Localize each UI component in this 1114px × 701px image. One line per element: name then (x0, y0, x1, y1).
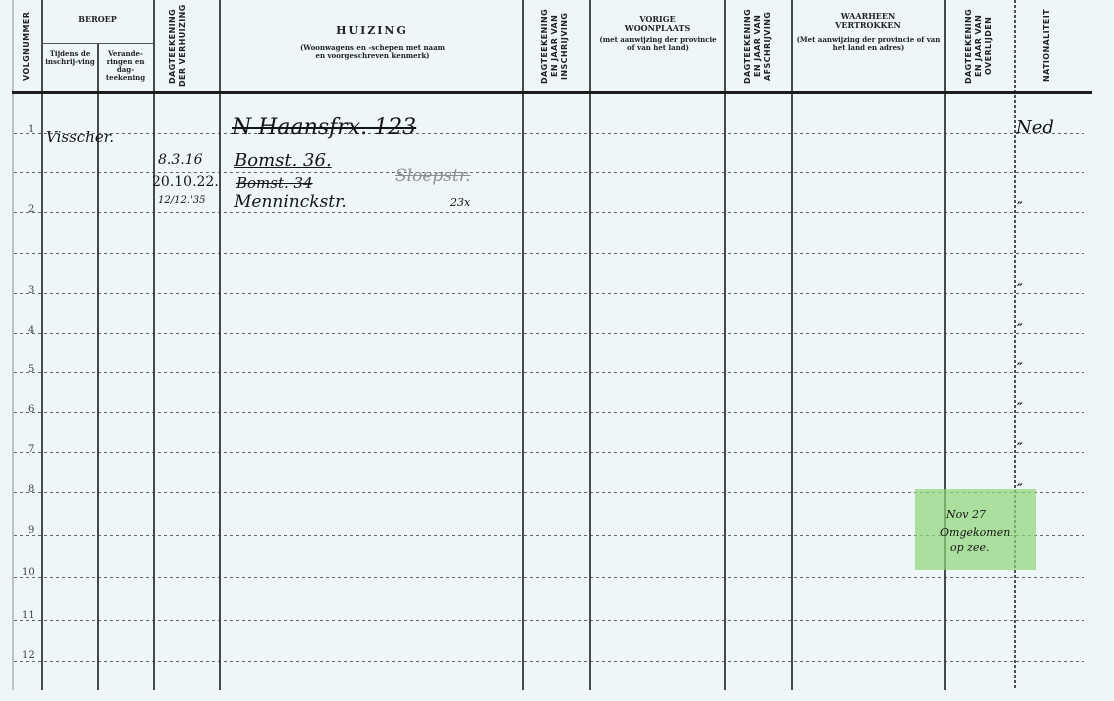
row-line-6 (14, 333, 1084, 334)
entry-address-2: Bomst. 36. (234, 150, 332, 171)
ditto-mark-row-6: ″ (1017, 401, 1023, 416)
col-line-waarheen (944, 0, 946, 690)
row-number-12: 12 (22, 650, 35, 661)
row-line-2 (14, 172, 1084, 173)
row-number-8: 8 (28, 484, 34, 495)
entry-verhuizing-date-2: 20.10.22. (152, 174, 219, 190)
col-line-volgnummer (41, 0, 43, 690)
row-number-4: 4 (28, 325, 34, 336)
header-dagteekening-verhuizing: DAGTEEKENING DER VERHUIZING (158, 4, 198, 88)
entry-verhuizing-date-3: 12/12.'35 (158, 195, 205, 206)
col-line-verhuizing (219, 0, 221, 690)
header-beroep-tijdens: Tijdens de inschrij-ving (44, 50, 96, 66)
ditto-mark-row-3: ″ (1017, 282, 1023, 297)
entry-address-3: Bomst. 34 (236, 174, 313, 192)
row-line-13 (14, 620, 1084, 621)
row-line-7 (14, 372, 1084, 373)
row-line-9 (14, 452, 1084, 453)
header-dagteekening-overlijden: DAGTEEKENING EN JAAR VAN OVERLIJDEN (953, 2, 1005, 90)
header-nationaliteit: NATIONALITEIT (1036, 0, 1058, 90)
entry-nationaliteit: Ned (1016, 117, 1054, 138)
header-bottom-rule (12, 91, 1092, 94)
row-number-9: 9 (28, 525, 34, 536)
col-line-overlijden (1014, 0, 1016, 690)
entry-address-5: Menninckstr. (234, 192, 347, 212)
overlijden-note-line-2: Omgekomen (940, 526, 1010, 539)
header-dagteekening-afschrijving: DAGTEEKENING EN JAAR VAN AFSCHRIJVING (733, 2, 783, 90)
row-line-1 (14, 133, 1084, 134)
header-waarheen-subtitle: (Met aanwijzing der provincie of van het… (796, 36, 941, 52)
row-line-12 (14, 577, 1084, 578)
col-line-left (12, 0, 14, 690)
header-volgnummer: VOLGNUMMER (14, 4, 40, 88)
header-vorige-woonplaats-title: VORIGE WOONPLAATS (620, 15, 695, 33)
row-line-4 (14, 253, 1084, 254)
header-vorige-woonplaats-subtitle: (met aanwijzing der provincie of van het… (598, 36, 718, 52)
row-line-3 (14, 212, 1084, 213)
row-line-8 (14, 412, 1084, 413)
overlijden-note-line-3: op zee. (950, 541, 989, 554)
header-beroep-veranderingen: Verande-ringen en dag-teekening (99, 50, 152, 82)
ditto-mark-row-2: ″ (1017, 200, 1023, 215)
row-number-2: 2 (28, 204, 34, 215)
entry-beroep: Visscher. (46, 128, 114, 146)
overlijden-note-line-1: Nov 27 (946, 508, 986, 521)
row-line-14 (14, 661, 1084, 662)
row-number-1: 1 (28, 124, 34, 135)
header-beroep: BEROEP (42, 14, 153, 24)
header-waarheen-title: WAARHEEN VERTROKKEN (828, 12, 908, 30)
row-number-11: 11 (22, 610, 35, 621)
entry-address-6: 23x (450, 196, 470, 209)
row-number-6: 6 (28, 404, 34, 415)
header-huizing-subtitle: (Woonwagens en -schepen met naam en voor… (300, 44, 445, 60)
entry-verhuizing-date-1: 8.3.16 (158, 152, 203, 168)
col-line-afschrijving (791, 0, 793, 690)
col-line-huizing (522, 0, 524, 690)
row-line-5 (14, 293, 1084, 294)
row-number-7: 7 (28, 444, 34, 455)
col-line-inschrijving (589, 0, 591, 690)
col-line-vorige (724, 0, 726, 690)
row-number-3: 3 (28, 285, 34, 296)
beroep-divider (42, 43, 153, 44)
col-line-beroep (153, 0, 155, 690)
header-huizing-title: HUIZING (222, 24, 522, 37)
ditto-mark-row-4: ″ (1017, 322, 1023, 337)
entry-address-1: N Haansfrx. 123 (232, 115, 416, 140)
row-number-5: 5 (28, 364, 34, 375)
entry-address-4: Sloepstr. (395, 166, 470, 186)
ditto-mark-row-7: ″ (1017, 441, 1023, 456)
row-number-10: 10 (22, 567, 35, 578)
ditto-mark-row-5: ″ (1017, 361, 1023, 376)
header-dagteekening-inschrijving: DAGTEEKENING EN JAAR VAN INSCHRIJVING (530, 2, 580, 90)
